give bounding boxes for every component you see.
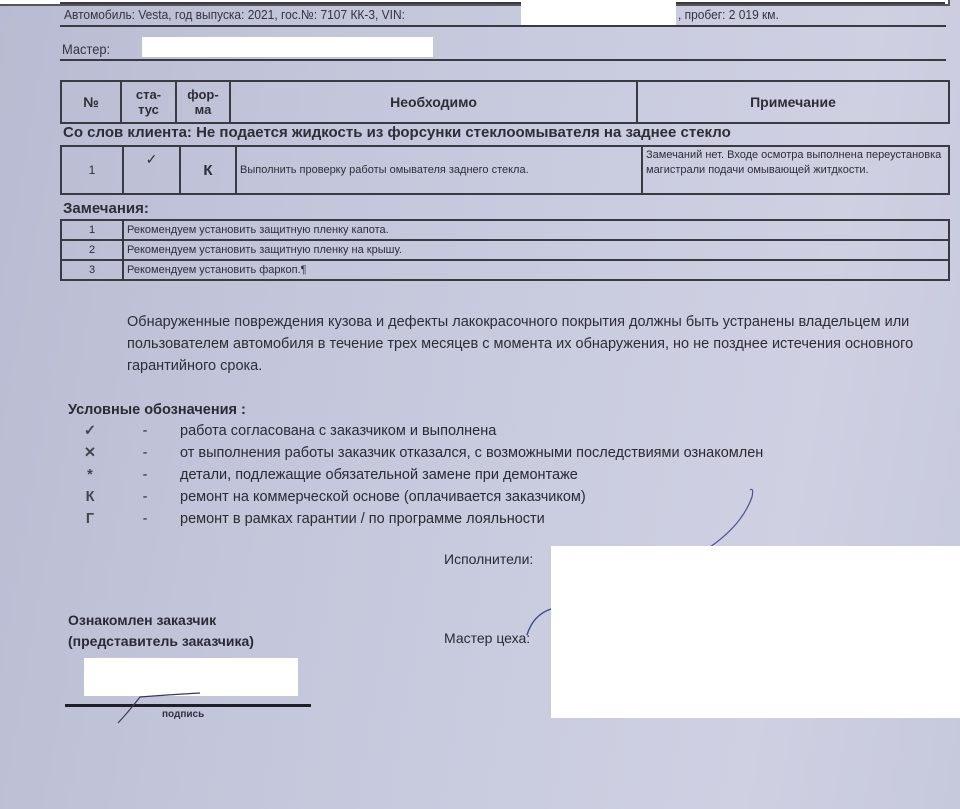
row-number: 1	[61, 146, 123, 194]
works-table-header: № ста- тус фор- ма Необходимо Примечание	[60, 80, 950, 124]
asterisk-icon: *	[70, 467, 110, 483]
legend-item: Г - ремонт в рамках гарантии / по програ…	[70, 508, 545, 530]
rule-car-info	[60, 25, 946, 27]
remark-text: Рекомендуем установить защитную пленку н…	[123, 240, 949, 260]
legend-item: * - детали, подлежащие обязательной заме…	[70, 464, 578, 486]
legend-dash: -	[110, 467, 180, 483]
col-number: №	[61, 81, 121, 123]
check-icon: ✓	[70, 423, 110, 439]
col-required: Необходимо	[230, 81, 637, 123]
row-form: К	[180, 146, 236, 194]
legend-item: ✓ - работа согласована с заказчиком и вы…	[70, 420, 496, 442]
col-status: ста- тус	[121, 81, 176, 123]
legend-text: ремонт на коммерческой основе (оплачивае…	[180, 489, 586, 505]
col-note: Примечание	[637, 81, 949, 123]
remark-number: 1	[61, 220, 123, 240]
legend-item: К - ремонт на коммерческой основе (оплач…	[70, 486, 586, 508]
client-complaint: Со слов клиента: Не подается жидкость из…	[63, 124, 731, 141]
legend-text: от выполнения работы заказчик отказался,…	[180, 445, 763, 461]
col-form: фор- ма	[176, 81, 230, 123]
remark-text: Рекомендуем установить фаркоп.¶	[123, 260, 949, 280]
customer-representative-label: (представитель заказчика)	[68, 633, 254, 649]
vin-redaction	[521, 0, 676, 25]
car-info: Автомобиль: Vesta, год выпуска: 2021, го…	[64, 7, 405, 22]
warranty-g-icon: Г	[70, 511, 110, 527]
master-signature-icon	[515, 605, 555, 645]
table-row: 1 Рекомендуем установить защитную пленку…	[61, 220, 949, 240]
damage-notice: Обнаруженные повреждения кузова и дефект…	[127, 311, 927, 377]
pen-stroke-icon	[690, 485, 770, 555]
remark-text: Рекомендуем установить защитную пленку к…	[123, 220, 949, 240]
customer-label: Ознакомлен заказчик	[68, 612, 216, 628]
remarks-title: Замечания:	[63, 200, 149, 217]
remark-number: 2	[61, 240, 123, 260]
table-row: 2 Рекомендуем установить защитную пленку…	[61, 240, 949, 260]
legend-dash: -	[110, 511, 180, 527]
master-label: Мастер:	[62, 41, 110, 57]
col-form-line2: ма	[195, 102, 212, 117]
rule-top	[60, 2, 945, 4]
table-row: 1 ✓ К Выполнить проверку работы омывател…	[61, 146, 949, 194]
remarks-table: 1 Рекомендуем установить защитную пленку…	[60, 219, 950, 281]
executors-redaction	[551, 546, 960, 718]
legend-item: ✕ - от выполнения работы заказчик отказа…	[70, 442, 763, 464]
mileage: , пробег: 2 019 км.	[678, 7, 779, 22]
commercial-k-icon: К	[70, 489, 110, 505]
legend-text: ремонт в рамках гарантии / по программе …	[180, 511, 545, 527]
remark-number: 3	[61, 260, 123, 280]
cross-icon: ✕	[70, 445, 110, 461]
row-required: Выполнить проверку работы омывателя задн…	[236, 146, 642, 194]
col-status-line1: ста-	[136, 87, 161, 102]
rule-master	[60, 59, 946, 61]
legend-title: Условные обозначения :	[68, 402, 246, 418]
master-name-redaction	[142, 37, 433, 57]
legend-dash: -	[110, 489, 180, 505]
row-note: Замечаний нет. Входе осмотра выполнена п…	[642, 146, 949, 194]
works-table-body: 1 ✓ К Выполнить проверку работы омывател…	[60, 145, 950, 195]
legend-text: работа согласована с заказчиком и выполн…	[180, 423, 496, 439]
legend-dash: -	[110, 423, 180, 439]
col-status-line2: тус	[138, 102, 159, 117]
executors-label: Исполнители:	[444, 551, 533, 567]
table-row: 3 Рекомендуем установить фаркоп.¶	[61, 260, 949, 280]
signature-caption: подпись	[162, 709, 204, 720]
col-form-line1: фор-	[187, 87, 218, 102]
row-status-check-icon: ✓	[123, 146, 180, 194]
legend-text: детали, подлежащие обязательной замене п…	[180, 467, 578, 483]
legend-dash: -	[110, 445, 180, 461]
